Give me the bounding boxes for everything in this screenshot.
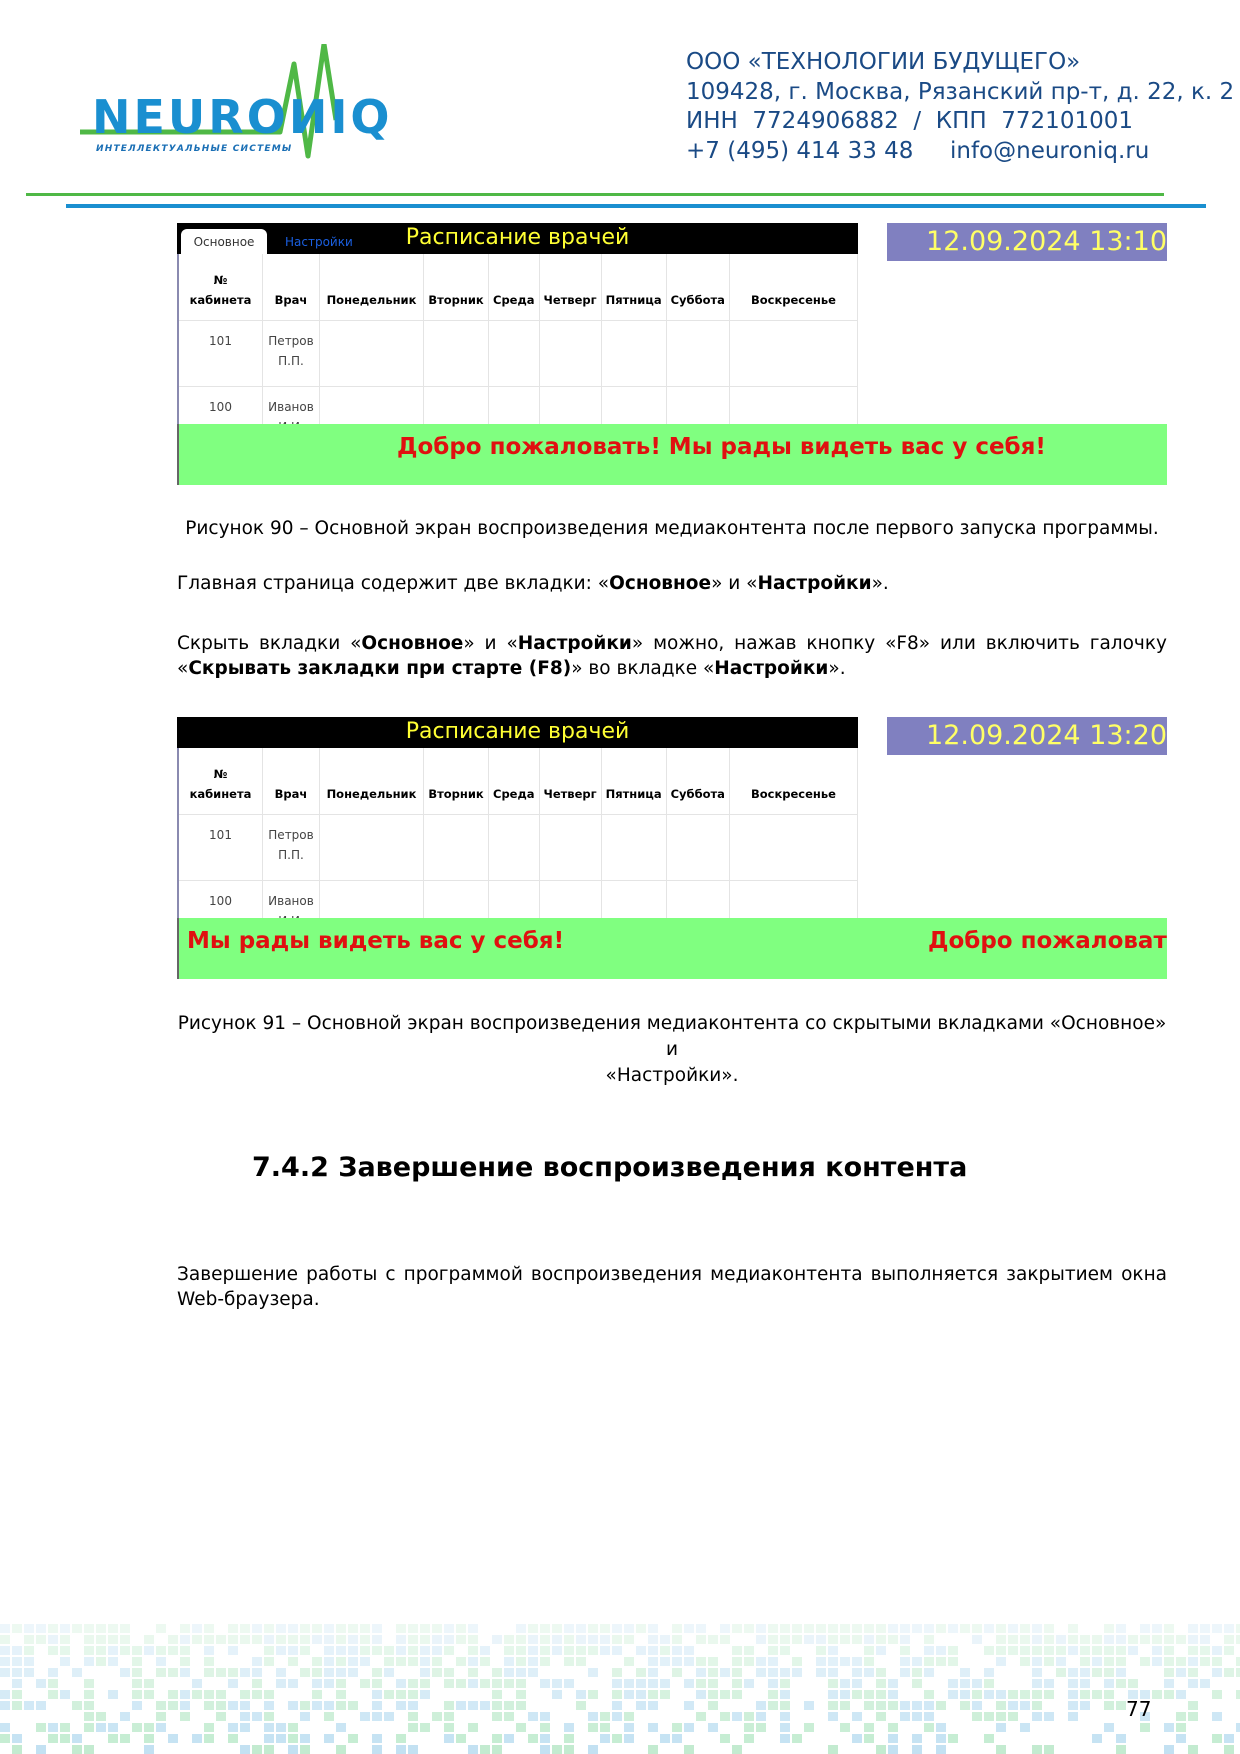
welcome-ticker: Мы рады видеть вас у себя! Добро пожалов…	[177, 918, 1167, 979]
header-divider-blue	[66, 204, 1206, 208]
figure-91-screenshot: Расписание врачей 12.09.2024 13:20 №каби…	[177, 717, 1167, 979]
table-header-row: №кабинета Врач Понедельник Вторник Среда…	[178, 748, 858, 815]
footer-pattern	[0, 1620, 1240, 1754]
col-room: №кабинета	[178, 748, 263, 815]
page-number: 77	[1126, 1697, 1151, 1721]
col-saturday: Суббота	[666, 254, 729, 321]
neuroniq-logo: NEUROИIQ ИНТЕЛЛЕКТУАЛЬНЫЕ СИСТЕМЫ	[80, 44, 410, 160]
hide-tabs-instruction: Скрыть вкладки «Основное» и «Настройки» …	[177, 631, 1167, 681]
company-inn-kpp: ИНН 7724906882 / КПП 772101001	[686, 107, 1234, 137]
col-tuesday: Вторник	[424, 748, 489, 815]
ticker-text: Добро пожаловать! Мы рады видеть вас у с…	[397, 434, 1046, 460]
figure-91-caption: Рисунок 91 – Основной экран воспроизведе…	[177, 1011, 1167, 1089]
section-heading: 7.4.2 Завершение воспроизведения контент…	[252, 1152, 967, 1183]
ticker-text-left: Мы рады видеть вас у себя!	[187, 928, 564, 954]
company-name: ООО «ТЕХНОЛОГИИ БУДУЩЕГО»	[686, 48, 1234, 78]
tabs-description: Главная страница содержит две вкладки: «…	[177, 571, 1167, 596]
clock-display: 12.09.2024 13:10	[887, 223, 1167, 261]
header-divider-green	[26, 193, 1164, 196]
schedule-title: Расписание врачей	[177, 225, 858, 251]
company-address: 109428, г. Москва, Рязанский пр-т, д. 22…	[686, 78, 1234, 108]
col-doctor: Врач	[263, 748, 320, 815]
col-friday: Пятница	[601, 254, 666, 321]
schedule-title: Расписание врачей	[177, 719, 858, 745]
col-monday: Понедельник	[320, 254, 424, 321]
table-row: 101 ПетровП.П.	[178, 321, 858, 387]
welcome-ticker: Добро пожаловать! Мы рады видеть вас у с…	[177, 424, 1167, 485]
company-contacts: +7 (495) 414 33 48 info@neuroniq.ru	[686, 137, 1234, 167]
col-doctor: Врач	[263, 254, 320, 321]
figure-90-screenshot: Основное Настройки Расписание врачей 12.…	[177, 223, 1167, 485]
col-tuesday: Вторник	[424, 254, 489, 321]
closing-paragraph: Завершение работы с программой воспроизв…	[177, 1262, 1167, 1312]
doctor-cell: ПетровП.П.	[263, 321, 320, 387]
logo-wordmark: NEUROИIQ	[92, 94, 393, 140]
ticker-text-right: Добро пожаловать	[928, 928, 1167, 954]
col-friday: Пятница	[601, 748, 666, 815]
col-wednesday: Среда	[489, 748, 540, 815]
table-row: 101 ПетровП.П.	[178, 815, 858, 881]
company-info: ООО «ТЕХНОЛОГИИ БУДУЩЕГО» 109428, г. Мос…	[686, 48, 1234, 166]
col-saturday: Суббота	[666, 748, 729, 815]
col-thursday: Четверг	[539, 254, 601, 321]
col-sunday: Воскресенье	[729, 254, 857, 321]
col-sunday: Воскресенье	[729, 748, 857, 815]
figure-90-caption: Рисунок 90 – Основной экран воспроизведе…	[177, 516, 1167, 542]
room-cell: 101	[178, 321, 263, 387]
clock-display: 12.09.2024 13:20	[887, 717, 1167, 755]
col-monday: Понедельник	[320, 748, 424, 815]
doctor-cell: ПетровП.П.	[263, 815, 320, 881]
logo-subtitle: ИНТЕЛЛЕКТУАЛЬНЫЕ СИСТЕМЫ	[96, 144, 292, 154]
table-header-row: №кабинета Врач Понедельник Вторник Среда…	[178, 254, 858, 321]
col-thursday: Четверг	[539, 748, 601, 815]
col-room: №кабинета	[178, 254, 263, 321]
col-wednesday: Среда	[489, 254, 540, 321]
room-cell: 101	[178, 815, 263, 881]
